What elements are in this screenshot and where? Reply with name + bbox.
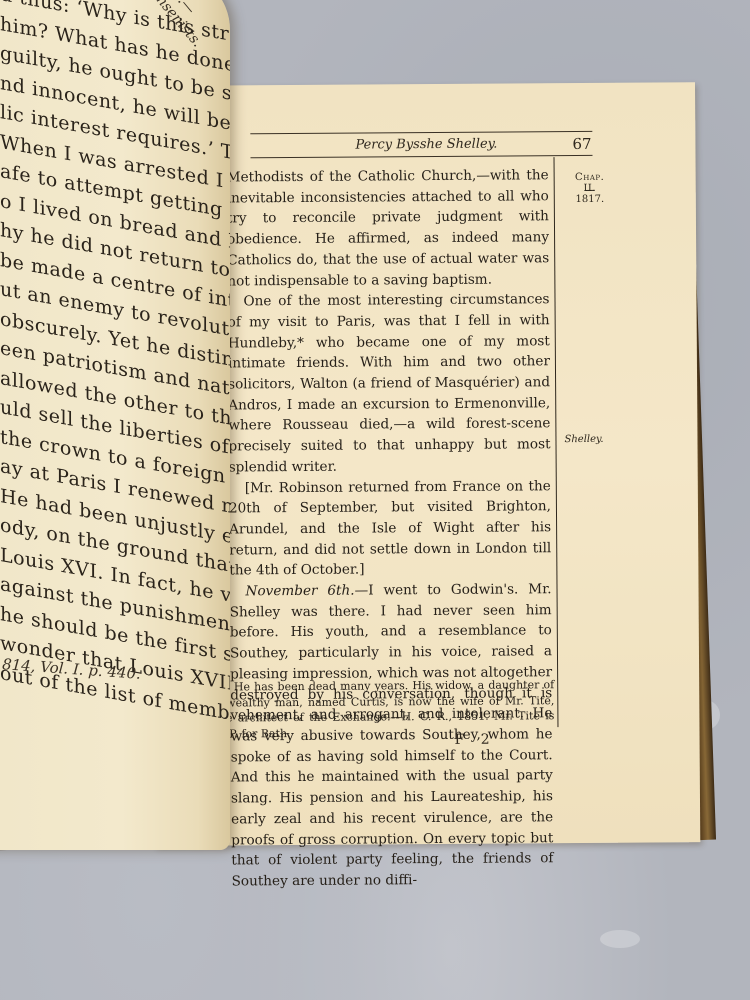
margin-topic: Shelley. bbox=[564, 434, 603, 445]
header-rule-top bbox=[250, 131, 592, 134]
body-text: Methodists of the Catholic Church,—with … bbox=[227, 165, 554, 892]
footnote: * He has been dead many years. His widow… bbox=[214, 677, 554, 741]
surface-texture bbox=[600, 930, 640, 948]
footnote-text: * He has been dead many years. His widow… bbox=[214, 677, 554, 741]
paragraph: [Mr. Robinson returned from France on th… bbox=[229, 476, 552, 582]
right-page: Percy Bysshe Shelley. 67 Chap. II. 1817.… bbox=[150, 82, 700, 846]
margin-year: 1817. bbox=[568, 190, 612, 205]
margin-divider bbox=[554, 157, 559, 727]
signature-mark: F 2 bbox=[455, 732, 496, 748]
left-page: ...re.—Jansenists. d thus: ‘Why is this … bbox=[0, 0, 230, 850]
running-head: Percy Bysshe Shelley. bbox=[355, 137, 497, 153]
paragraph: Methodists of the Catholic Church,—with … bbox=[227, 165, 550, 291]
page-number: 67 bbox=[572, 135, 591, 153]
paragraph: One of the most interesting circumstance… bbox=[227, 289, 550, 478]
left-body-text: d thus: ‘Why is this stranger him? What … bbox=[0, 0, 230, 734]
header-rule-bottom bbox=[251, 155, 593, 158]
entry-date: November 6th. bbox=[245, 583, 354, 600]
